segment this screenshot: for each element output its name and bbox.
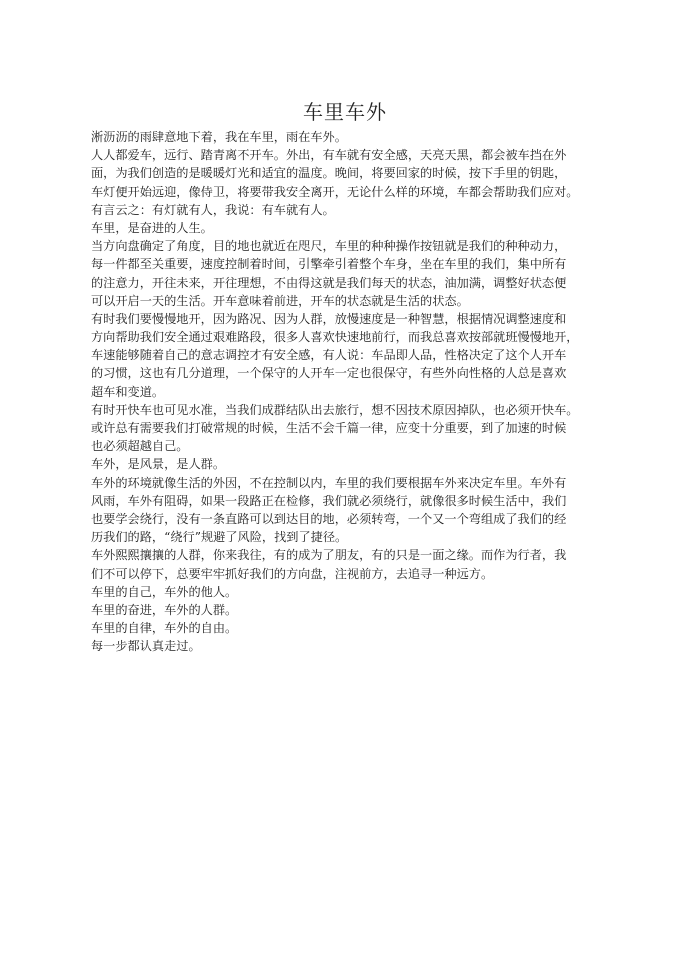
text-line: 的注意力，开往未来，开往理想，不由得这就是我们每天的状态，油加满，调整好状态便 <box>91 274 611 292</box>
document-title: 车里车外 <box>0 100 690 124</box>
text-line: 车灯便开始远迎，像侍卫，将要带我安全离开，无论什么样的环境，车都会帮助我们应对。 <box>91 183 611 201</box>
text-line: 可以开启一天的生活。开车意味着前进，开车的状态就是生活的状态。 <box>91 292 611 310</box>
text-line: 方向帮助我们安全通过艰难路段，很多人喜欢快速地前行，而我总喜欢按部就班慢慢地开， <box>91 328 611 346</box>
text-line: 风雨，车外有阻碍，如果一段路正在检修，我们就必须绕行，就像很多时候生活中，我们 <box>91 492 611 510</box>
text-line: 也要学会绕行，没有一条直路可以到达目的地，必须转弯，一个又一个弯组成了我们的经 <box>91 510 611 528</box>
text-line: 有时我们要慢慢地开，因为路况、因为人群，放慢速度是一种智慧，根据情况调整速度和 <box>91 310 611 328</box>
document-page: 车里车外 淅沥沥的雨肆意地下着，我在车里，雨在车外。 人人都爱车，远行、踏青离不… <box>0 0 690 976</box>
text-line: 车外，是风景，是人群。 <box>91 455 611 473</box>
text-line: 车里的奋进，车外的人群。 <box>91 601 611 619</box>
text-line: 车里的自己，车外的他人。 <box>91 583 611 601</box>
text-line: 淅沥沥的雨肆意地下着，我在车里，雨在车外。 <box>91 128 611 146</box>
text-line: 或许总有需要我们打破常规的时候，生活不会千篇一律，应变十分重要，到了加速的时候 <box>91 419 611 437</box>
text-line: 面，为我们创造的是暖暖灯光和适宜的温度。晚间，将要回家的时候，按下手里的钥匙， <box>91 164 611 182</box>
text-line: 们不可以停下，总要牢牢抓好我们的方向盘，注视前方，去追寻一种远方。 <box>91 565 611 583</box>
text-line: 有时开快车也可见水准，当我们成群结队出去旅行，想不因技术原因掉队，也必须开快车。 <box>91 401 611 419</box>
text-line: 车速能够随着自己的意志调控才有安全感，有人说：车品即人品，性格决定了这个人开车 <box>91 346 611 364</box>
text-line: 车外的环境就像生活的外因，不在控制以内，车里的我们要根据车外来决定车里。车外有 <box>91 474 611 492</box>
text-line: 车里的自律，车外的自由。 <box>91 619 611 637</box>
document-body: 淅沥沥的雨肆意地下着，我在车里，雨在车外。 人人都爱车，远行、踏青离不开车。外出… <box>91 128 611 655</box>
text-line: 车外熙熙攘攘的人群，你来我往，有的成为了朋友，有的只是一面之缘。而作为行者，我 <box>91 546 611 564</box>
text-line: 历我们的路，“绕行”规避了风险，找到了捷径。 <box>91 528 611 546</box>
text-line: 超车和变道。 <box>91 383 611 401</box>
text-line: 每一件都至关重要，速度控制着时间，引擎牵引着整个车身，坐在车里的我们，集中所有 <box>91 255 611 273</box>
text-line: 的习惯，这也有几分道理，一个保守的人开车一定也很保守，有些外向性格的人总是喜欢 <box>91 364 611 382</box>
text-line: 有言云之：有灯就有人，我说：有车就有人。 <box>91 201 611 219</box>
text-line: 人人都爱车，远行、踏青离不开车。外出，有车就有安全感，天亮天黑，都会被车挡在外 <box>91 146 611 164</box>
text-line: 每一步都认真走过。 <box>91 637 611 655</box>
text-line: 当方向盘确定了角度，目的地也就近在咫尺，车里的种种操作按钮就是我们的种种动力， <box>91 237 611 255</box>
text-line: 车里，是奋进的人生。 <box>91 219 611 237</box>
text-line: 也必须超越自己。 <box>91 437 611 455</box>
